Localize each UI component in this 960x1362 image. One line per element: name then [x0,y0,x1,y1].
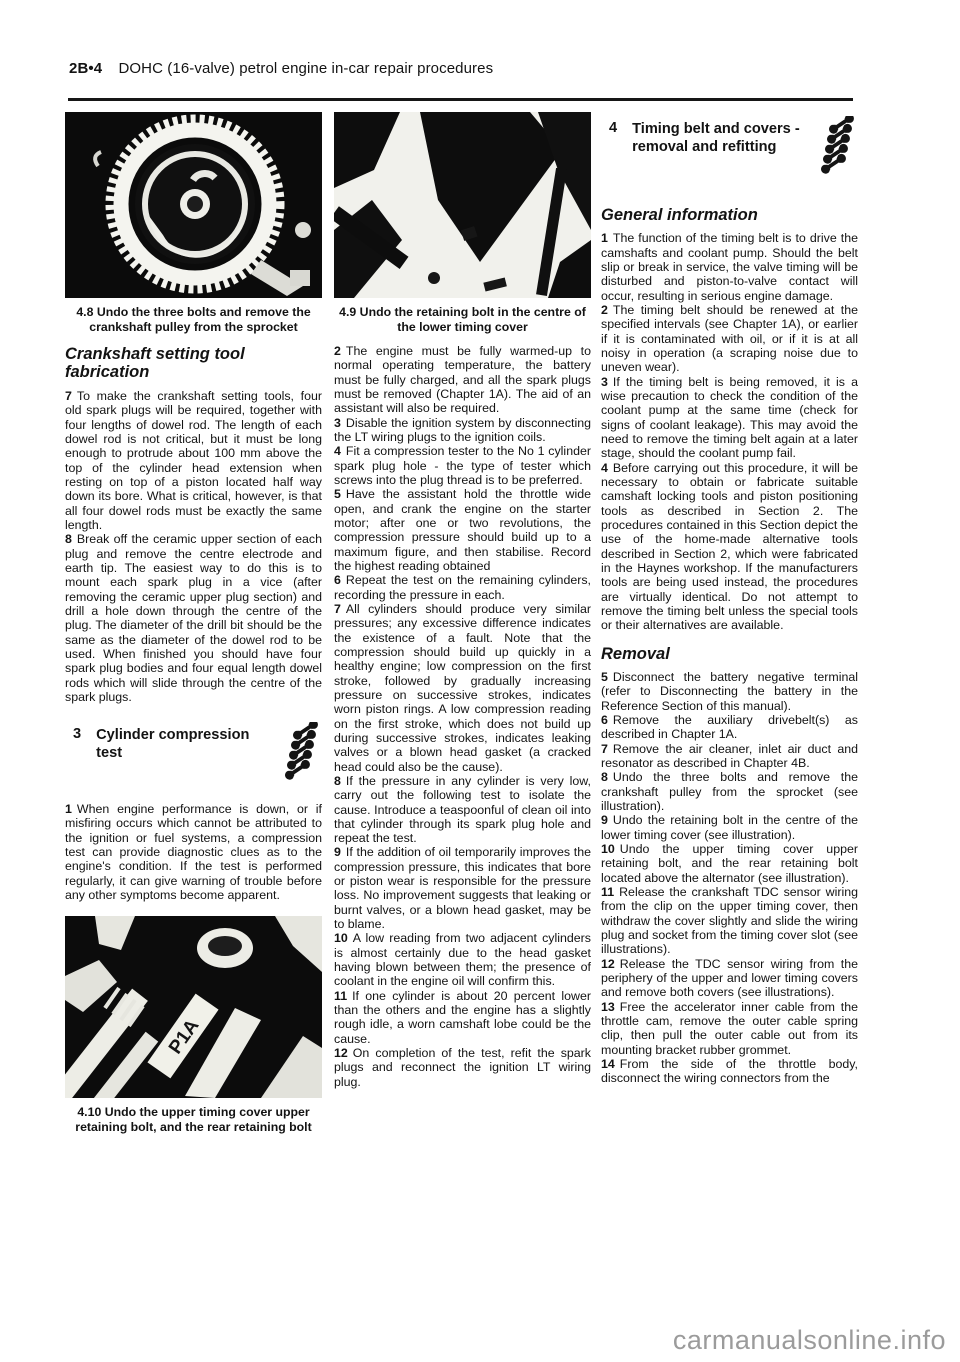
paragraph-number: 1 [601,231,608,245]
paragraph-4: 4Before carrying out this procedure, it … [601,461,858,633]
paragraph-number: 9 [601,813,608,827]
paragraph-number: 8 [65,532,72,546]
paragraph-4: 4Fit a compression tester to the No 1 cy… [334,444,591,487]
paragraph-number: 5 [334,487,341,501]
section-title: Timing belt and covers - removal and ref… [632,120,814,156]
paragraph-number: 2 [601,303,608,317]
figure-4-10-photo-upper-timing-cover: P1A [65,916,322,1098]
page-number: 2B•4 [69,60,102,77]
paragraph-10: 10A low reading from two adjacent cylind… [334,931,591,988]
middle-column: 4.9 Undo the retaining bolt in the centr… [334,112,591,1089]
paragraph-number: 9 [334,845,341,859]
paragraph-8: 8Break off the ceramic upper section of … [65,532,322,704]
difficulty-wrench-stack-icon [816,116,858,176]
paragraph-text: Undo the retaining bolt in the centre of… [601,813,858,841]
paragraph-text: Break off the ceramic upper section of e… [65,532,322,704]
paragraph-number: 10 [334,931,348,945]
paragraph-number: 7 [601,742,608,756]
paragraph-number: 10 [601,842,615,856]
figure-4-8-photo-crankshaft-sprocket [65,112,322,298]
paragraph-1: 1The function of the timing belt is to d… [601,231,858,303]
figure-4-10-caption: 4.10 Undo the upper timing cover upper r… [65,1105,322,1135]
page-header: 2B•4 DOHC (16-valve) petrol engine in-ca… [69,60,493,77]
paragraph-number: 11 [601,885,614,899]
paragraph-text: Undo the three bolts and remove the cran… [601,770,858,813]
heading-general-information: General information [601,206,858,224]
manual-page: 2B•4 DOHC (16-valve) petrol engine in-ca… [0,0,960,1362]
paragraph-number: 7 [334,602,341,616]
paragraph-text: All cylinders should produce very simila… [334,602,591,774]
paragraph-6: 6Repeat the test on the remaining cylind… [334,573,591,602]
paragraph-number: 12 [601,957,615,971]
paragraph-number: 5 [601,670,608,684]
figure-4-8-caption: 4.8 Undo the three bolts and remove the … [65,305,322,335]
paragraph-number: 8 [601,770,608,784]
paragraph-text: Repeat the test on the remaining cylinde… [334,573,591,601]
paragraph-number: 4 [334,444,341,458]
figure-4-9-photo-lower-timing-cover [334,112,591,298]
paragraph-number: 8 [334,774,341,788]
paragraph-text: If the addition of oil temporarily impro… [334,845,591,931]
paragraph-10: 10Undo the upper timing cover upper reta… [601,842,858,885]
paragraph-text: The function of the timing belt is to dr… [601,231,858,302]
paragraph-5: 5Disconnect the battery negative termina… [601,670,858,713]
paragraph-text: Free the accelerator inner cable from th… [601,1000,858,1057]
paragraph-11: 11Release the crankshaft TDC sensor wiri… [601,885,858,957]
section-number: 3 [73,726,81,762]
paragraph-7: 7Remove the air cleaner, inlet air duct … [601,742,858,771]
paragraph-text: From the side of the throttle body, disc… [601,1057,858,1085]
paragraph-number: 6 [601,713,608,727]
paragraph-8: 8If the pressure in any cylinder is very… [334,774,591,846]
paragraph-5: 5Have the assistant hold the throttle wi… [334,487,591,573]
section-title: Cylinder compression test [96,726,278,762]
paragraph-7: 7All cylinders should produce very simil… [334,602,591,774]
paragraph-text: A low reading from two adjacent cylinder… [334,931,591,988]
difficulty-wrench-stack-icon [280,722,322,782]
paragraph-number: 2 [334,344,341,358]
page-title: DOHC (16-valve) petrol engine in-car rep… [118,60,493,77]
paragraph-text: On completion of the test, refit the spa… [334,1046,591,1089]
paragraph-number: 12 [334,1046,348,1060]
paragraph-number: 1 [65,802,72,816]
paragraph-text: Disconnect the battery negative terminal… [601,670,858,713]
paragraph-3: 3Disable the ignition system by disconne… [334,416,591,445]
right-column: 4 Timing belt and covers - removal and r… [601,112,858,1086]
paragraph-11: 11If one cylinder is about 20 percent lo… [334,989,591,1046]
watermark: carmanualsonline.info [673,1325,946,1356]
header-rule [68,98,853,101]
paragraph-text: Disable the ignition system by disconnec… [334,416,591,444]
paragraph-9: 9Undo the retaining bolt in the centre o… [601,813,858,842]
heading-crankshaft-setting-tool: Crankshaft setting tool fabrication [65,345,322,382]
paragraph-12: 12On completion of the test, refit the s… [334,1046,591,1089]
paragraph-number: 11 [334,989,347,1003]
paragraph-text: If the pressure in any cylinder is very … [334,774,591,845]
paragraph-text: The engine must be fully warmed-up to no… [334,344,591,415]
paragraph-number: 4 [601,461,608,475]
paragraph-text: Remove the auxiliary drivebelt(s) as des… [601,713,858,741]
paragraph-text: Undo the upper timing cover upper retain… [601,842,858,885]
left-column: 4.8 Undo the three bolts and remove the … [65,112,322,1144]
paragraph-number: 3 [601,375,608,389]
section-4-header: 4 Timing belt and covers - removal and r… [601,118,858,182]
paragraph-text: Have the assistant hold the throttle wid… [334,487,591,573]
paragraph-12: 12Release the TDC sensor wiring from the… [601,957,858,1000]
paragraph-text: When engine performance is down, or if m… [65,802,322,902]
paragraph-2: 2The engine must be fully warmed-up to n… [334,344,591,416]
paragraph-text: To make the crankshaft setting tools, fo… [65,389,322,532]
paragraph-3: 3If the timing belt is being removed, it… [601,375,858,461]
paragraph-6: 6Remove the auxiliary drivebelt(s) as de… [601,713,858,742]
paragraph-text: If the timing belt is being removed, it … [601,375,858,461]
paragraph-text: Release the crankshaft TDC sensor wiring… [601,885,858,956]
paragraph-text: Release the TDC sensor wiring from the p… [601,957,858,1000]
paragraph-text: Before carrying out this procedure, it w… [601,461,858,633]
paragraph-text: Fit a compression tester to the No 1 cyl… [334,444,591,487]
paragraph-number: 14 [601,1057,615,1071]
section-number: 4 [609,120,617,156]
paragraph-text: Remove the air cleaner, inlet air duct a… [601,742,858,770]
paragraph-2: 2The timing belt should be renewed at th… [601,303,858,375]
heading-removal: Removal [601,645,858,663]
paragraph-text: If one cylinder is about 20 percent lowe… [334,989,591,1046]
paragraph-14: 14From the side of the throttle body, di… [601,1057,858,1086]
section-3-header: 3 Cylinder compression test [65,724,322,788]
paragraph-9: 9If the addition of oil temporarily impr… [334,845,591,931]
paragraph-number: 3 [334,416,341,430]
paragraph-7: 7To make the crankshaft setting tools, f… [65,389,322,532]
paragraph-text: The timing belt should be renewed at the… [601,303,858,374]
paragraph-8: 8Undo the three bolts and remove the cra… [601,770,858,813]
paragraph-number: 6 [334,573,341,587]
paragraph-13: 13Free the accelerator inner cable from … [601,1000,858,1057]
figure-4-9-caption: 4.9 Undo the retaining bolt in the centr… [334,305,591,335]
paragraph-number: 13 [601,1000,615,1014]
paragraph-number: 7 [65,389,72,403]
paragraph-1: 1When engine performance is down, or if … [65,802,322,902]
